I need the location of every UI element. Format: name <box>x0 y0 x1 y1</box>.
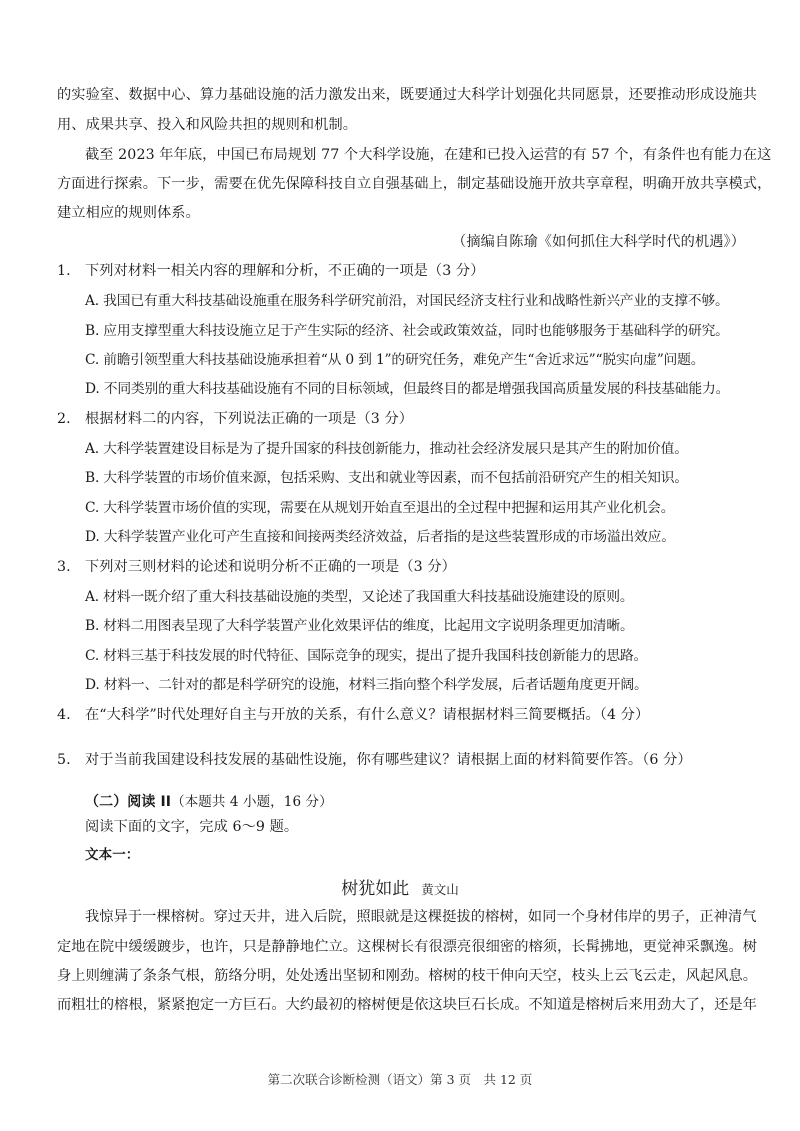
option-3c: C. 材料三基于科技发展的时代特征、国际竞争的现实，提出了提升我国科技创新能力的… <box>85 647 750 665</box>
option-2b: B. 大科学装置的市场价值来源，包括采购、支出和就业等因素，而不包括前沿研究产生… <box>85 469 750 487</box>
option-3a: A. 材料一既介绍了重大科技基础设施的类型，又论述了我国重大科技基础设施建设的原… <box>85 588 750 606</box>
question-1: 1.下列对材料一相关内容的理解和分析，不正确的一项是（3 分） <box>57 262 747 280</box>
material-line: 的实验室、数据中心、算力基础设施的活力激发出来，既要通过大科学计划强化共同愿景，… <box>57 86 747 104</box>
essay-title-row: 树犹如此黄文山 <box>0 874 800 899</box>
essay-line: 我惊异于一棵榕树。穿过天井，进入后院，照眼就是这棵挺拔的榕树，如同一个身材伟岸的… <box>85 908 775 926</box>
section-note: （本题共 4 小题，16 分） <box>171 794 333 810</box>
material-line: 建立相应的规则体系。 <box>57 204 747 222</box>
option-3d: D. 材料一、二针对的都是科学研究的设施，材料三指向整个科学发展，后者话题角度更… <box>85 676 750 694</box>
citation: （摘编自陈瑜《如何抓住大科学时代的机遇》） <box>452 233 745 251</box>
material-line: 用、成果共享、投入和风险共担的规则和机制。 <box>57 116 747 134</box>
page-footer: 第二次联合诊断检测（语文）第 3 页 共 12 页 <box>0 1070 800 1088</box>
essay-line: 身上则缠满了条条气根，筋络分明，处处透出坚韧和刚劲。榕树的枝干伸向天空，枝头上云… <box>57 967 747 985</box>
question-stem: 对于当前我国建设科技发展的基础性设施，你有哪些建议？请根据上面的材料简要作答。（… <box>85 752 692 768</box>
question-number: 1. <box>57 262 85 280</box>
option-1b: B. 应用支撑型重大科技设施立足于产生实际的经济、社会或政策效益，同时也能够服务… <box>85 322 750 340</box>
question-4: 4.在“大科学”时代处理好自主与开放的关系，有什么意义？请根据材料三简要概括。（… <box>57 706 747 724</box>
essay-line: 定地在院中缓缓踱步，也许，只是静静地伫立。这棵树长有很漂亮很细密的榕须，长髯拂地… <box>57 938 747 956</box>
question-number: 5. <box>57 751 85 769</box>
option-1c: C. 前瞻引领型重大科技基础设施承担着“从 0 到 1”的研究任务，难免产生“舍… <box>85 351 750 369</box>
question-stem: 下列对三则材料的论述和说明分析不正确的一项是（3 分） <box>85 559 456 575</box>
question-stem: 根据材料二的内容，下列说法正确的一项是（3 分） <box>85 411 413 427</box>
section-label: （二）阅读 II <box>85 794 171 810</box>
essay-title: 树犹如此 <box>341 879 409 899</box>
option-3b: B. 材料二用图表呈现了大科学装置产业化效果评估的维度，比起用文字说明条理更加清… <box>85 617 750 635</box>
material-line: 截至 2023 年年底，中国已布局规划 77 个大科学设施，在建和已投入运营的有… <box>85 146 775 164</box>
section-instruction: 阅读下面的文字，完成 6～9 题。 <box>85 818 775 836</box>
question-stem: 下列对材料一相关内容的理解和分析，不正确的一项是（3 分） <box>85 263 485 279</box>
section-2-header: （二）阅读 II（本题共 4 小题，16 分） <box>85 793 775 811</box>
exam-page: 的实验室、数据中心、算力基础设施的活力激发出来，既要通过大科学计划强化共同愿景，… <box>0 0 800 1131</box>
question-5: 5.对于当前我国建设科技发展的基础性设施，你有哪些建议？请根据上面的材料简要作答… <box>57 751 747 769</box>
question-stem: 在“大科学”时代处理好自主与开放的关系，有什么意义？请根据材料三简要概括。（4 … <box>85 707 649 723</box>
text-label: 文本一： <box>85 846 775 864</box>
question-2: 2.根据材料二的内容，下列说法正确的一项是（3 分） <box>57 410 747 428</box>
essay-author: 黄文山 <box>421 882 459 897</box>
material-line: 方面进行探索。下一步，需要在优先保障科技自立自强基础上，制定基础设施开放共享章程… <box>57 175 747 193</box>
question-number: 3. <box>57 558 85 576</box>
essay-line: 而粗壮的榕根，紧紧抱定一方巨石。大约最初的榕树便是依这块巨石长成。不知道是榕树后… <box>57 996 747 1014</box>
option-1d: D. 不同类别的重大科技基础设施有不同的目标领域，但最终目的都是增强我国高质量发… <box>85 380 750 398</box>
option-2c: C. 大科学装置市场价值的实现，需要在从规划开始直至退出的全过程中把握和运用其产… <box>85 499 750 517</box>
option-2d: D. 大科学装置产业化可产生直接和间接两类经济效益，后者指的是这些装置形成的市场… <box>85 528 750 546</box>
option-2a: A. 大科学装置建设目标是为了提升国家的科技创新能力，推动社会经济发展只是其产生… <box>85 440 750 458</box>
option-1a: A. 我国已有重大科技基础设施重在服务科学研究前沿，对国民经济支柱行业和战略性新… <box>85 292 750 310</box>
question-number: 4. <box>57 706 85 724</box>
question-number: 2. <box>57 410 85 428</box>
question-3: 3.下列对三则材料的论述和说明分析不正确的一项是（3 分） <box>57 558 747 576</box>
